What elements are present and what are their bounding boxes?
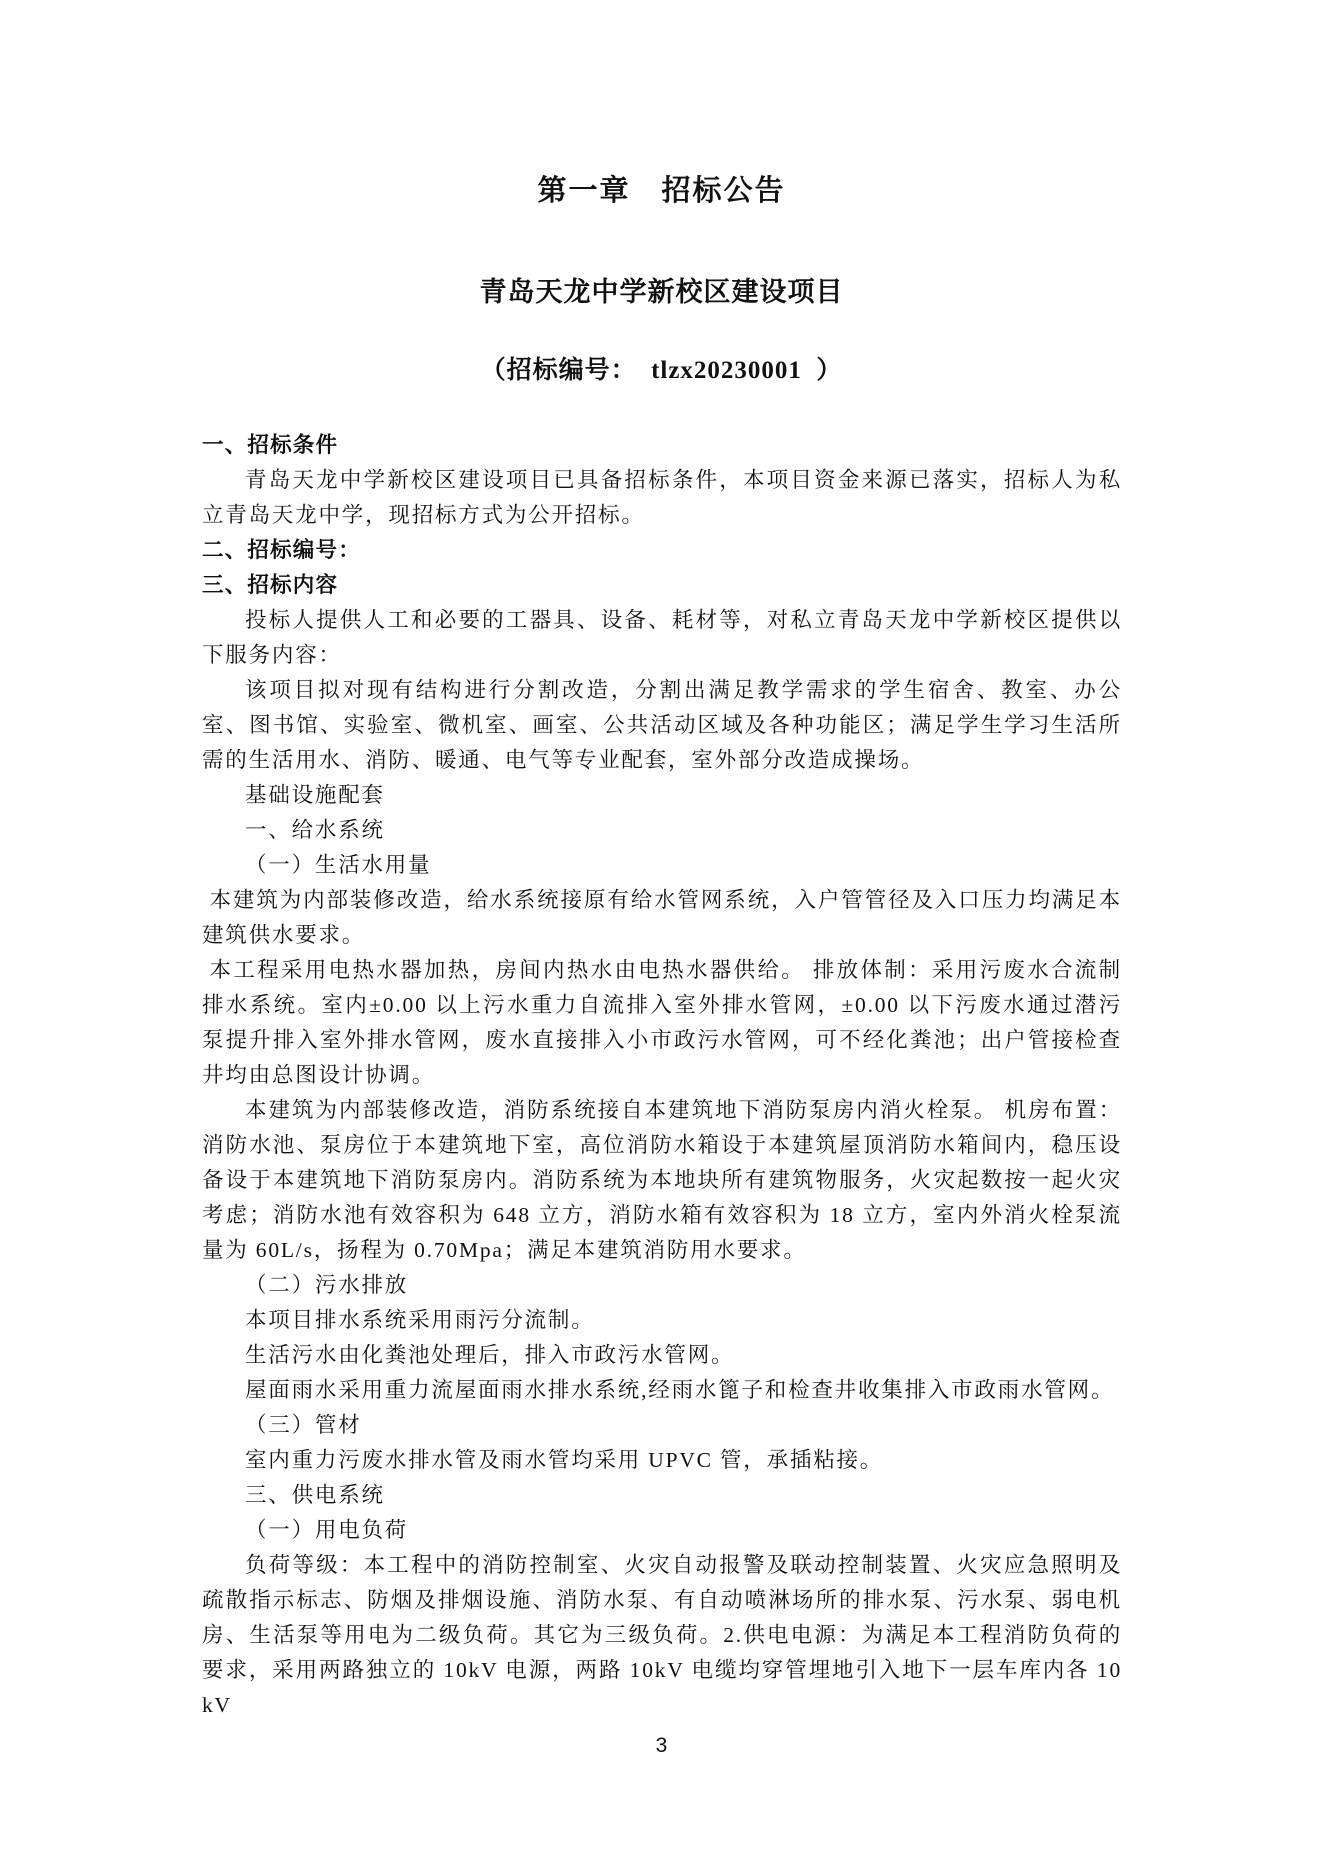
section-heading: 三、招标内容	[202, 568, 1122, 603]
paragraph: 生活污水由化粪池处理后，排入市政污水管网。	[202, 1338, 1122, 1373]
paragraph: 本工程采用电热水器加热，房间内热水由电热水器供给。 排放体制：采用污废水合流制排…	[202, 953, 1122, 1093]
paragraph: 本建筑为内部装修改造，消防系统接自本建筑地下消防泵房内消火栓泵。 机房布置：消防…	[202, 1093, 1122, 1268]
tender-number-line: （招标编号： tlzx20230001 ）	[0, 350, 1323, 386]
section-heading: 一、招标条件	[202, 428, 1122, 463]
paragraph: （二）污水排放	[202, 1268, 1122, 1303]
document-page: 第一章 招标公告 青岛天龙中学新校区建设项目 （招标编号： tlzx202300…	[0, 0, 1323, 1871]
chapter-title: 第一章 招标公告	[0, 168, 1323, 209]
paragraph: 负荷等级：本工程中的消防控制室、火灾自动报警及联动控制装置、火灾应急照明及疏散指…	[202, 1548, 1122, 1723]
paragraph: 室内重力污废水排水管及雨水管均采用 UPVC 管，承插粘接。	[202, 1443, 1122, 1478]
paragraph: 投标人提供人工和必要的工器具、设备、耗材等，对私立青岛天龙中学新校区提供以下服务…	[202, 603, 1122, 673]
paragraph: 基础设施配套	[202, 778, 1122, 813]
paragraph: 本建筑为内部装修改造，给水系统接原有给水管网系统，入户管管径及入口压力均满足本建…	[202, 883, 1122, 953]
page-number: 3	[0, 1734, 1323, 1758]
paragraph: （三）管材	[202, 1408, 1122, 1443]
paragraph: （一）用电负荷	[202, 1513, 1122, 1548]
section-heading: 二、招标编号：	[202, 533, 1122, 568]
paragraph: 三、供电系统	[202, 1478, 1122, 1513]
paragraph: 屋面雨水采用重力流屋面雨水排水系统,经雨水篦子和检查井收集排入市政雨水管网。	[202, 1373, 1122, 1408]
document-body: 一、招标条件青岛天龙中学新校区建设项目已具备招标条件，本项目资金来源已落实，招标…	[202, 428, 1122, 1723]
paragraph: 青岛天龙中学新校区建设项目已具备招标条件，本项目资金来源已落实，招标人为私立青岛…	[202, 463, 1122, 533]
project-title: 青岛天龙中学新校区建设项目	[0, 270, 1323, 309]
paragraph: （一）生活水用量	[202, 848, 1122, 883]
paragraph: 本项目排水系统采用雨污分流制。	[202, 1303, 1122, 1338]
paragraph: 一、给水系统	[202, 813, 1122, 848]
paragraph: 该项目拟对现有结构进行分割改造，分割出满足教学需求的学生宿舍、教室、办公室、图书…	[202, 673, 1122, 778]
